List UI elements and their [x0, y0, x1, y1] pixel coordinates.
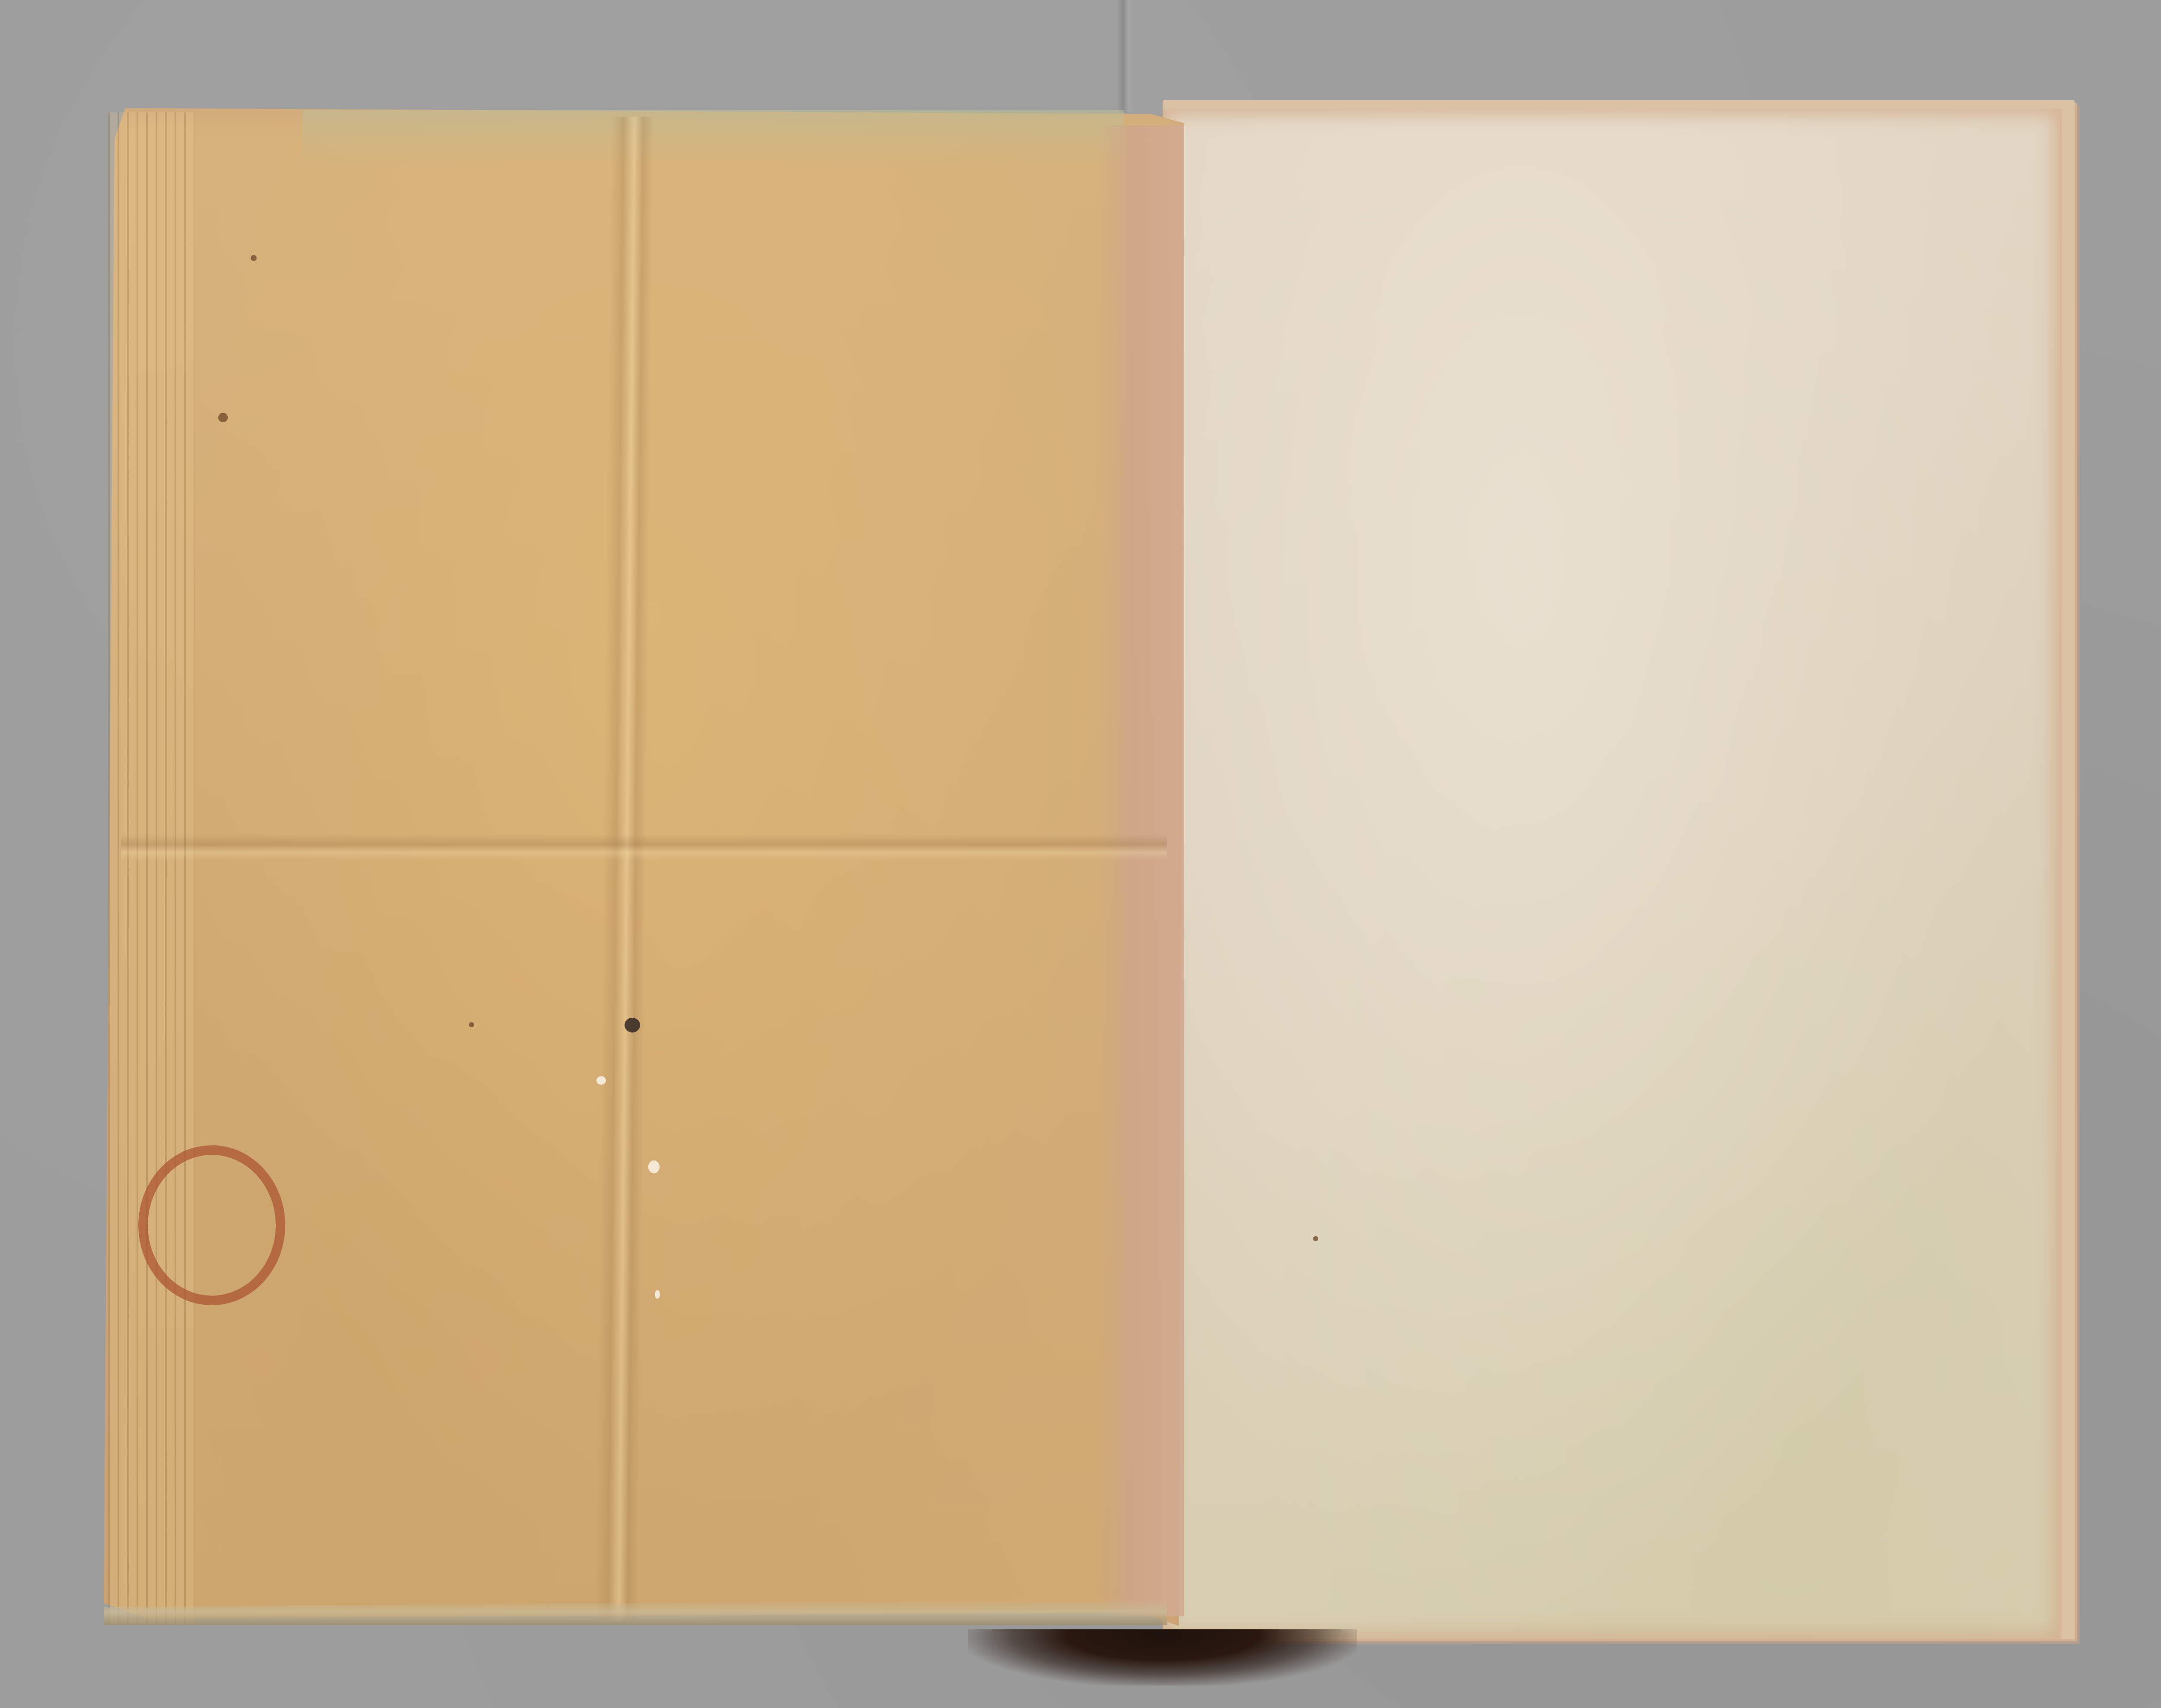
stain-spot: [218, 413, 228, 422]
spine-fold: [1117, 0, 1135, 112]
spine-shadow: [968, 1629, 1357, 1686]
red-seal-stamp: [138, 1145, 285, 1305]
paper-hole: [596, 1076, 606, 1085]
paper-hole: [648, 1160, 660, 1173]
cover-spine-binding: [108, 112, 194, 1625]
paper-hole: [655, 1290, 660, 1299]
horizontal-fold-crease: [121, 834, 1167, 860]
right-page: [1163, 109, 2062, 1639]
cover-right-edge: [1098, 125, 1184, 1616]
stain-spot: [251, 255, 257, 261]
stain-spot: [1313, 1236, 1318, 1241]
stain-spot: [625, 1018, 640, 1032]
stain-spot: [469, 1022, 474, 1027]
cover-top-discoloration: [303, 110, 1124, 166]
